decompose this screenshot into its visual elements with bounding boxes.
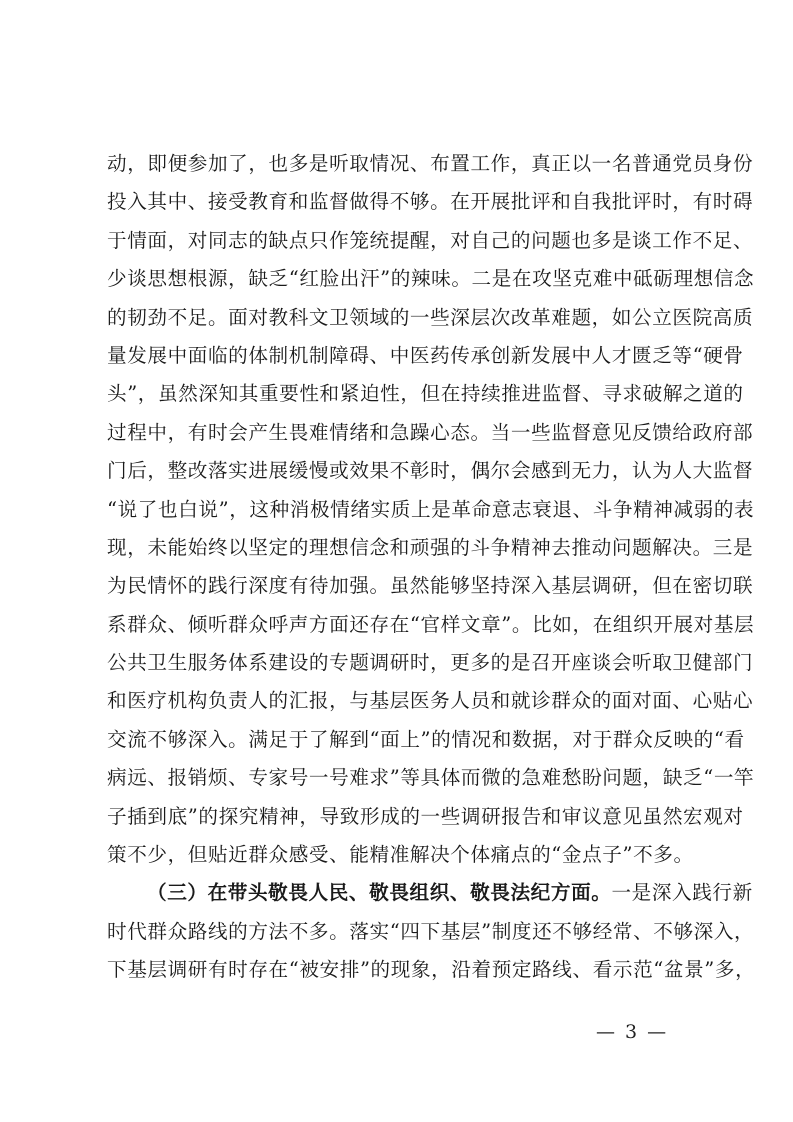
text-line: “说了也白说”，这种消极情绪实质上是革命意志衰退、斗争精神减弱的表 — [107, 491, 695, 529]
document-body: 动，即便参加了，也多是听取情况、布置工作，真正以一名普通党员身份 投入其中、接受… — [107, 145, 695, 990]
text-line: 头”，虽然深知其重要性和紧迫性，但在持续推进监督、寻求破解之道的 — [107, 375, 695, 413]
text-fragment: 一是深入践行新 — [611, 881, 752, 904]
page-number: — 3 — — [596, 1021, 668, 1043]
text-line: 公共卫生服务体系建设的专题调研时，更多的是召开座谈会听取卫健部门 — [107, 644, 695, 682]
section-heading-line: （三）在带头敬畏人民、敬畏组织、敬畏法纪方面。一是深入践行新 — [107, 874, 695, 912]
text-line: 为民情怀的践行深度有待加强。虽然能够坚持深入基层调研，但在密切联 — [107, 567, 695, 605]
text-line: 现，未能始终以坚定的理想信念和顽强的斗争精神去推动问题解决。三是 — [107, 529, 695, 567]
text-line: 动，即便参加了，也多是听取情况、布置工作，真正以一名普通党员身份 — [107, 145, 695, 183]
text-line: 系群众、倾听群众呼声方面还存在“官样文章”。比如，在组织开展对基层 — [107, 606, 695, 644]
text-line: 病远、报销烦、专家号一号难求”等具体而微的急难愁盼问题，缺乏“一竿 — [107, 759, 695, 797]
text-line: 策不少，但贴近群众感受、能精准解决个体痛点的“金点子”不多。 — [107, 836, 695, 874]
text-line: 于情面，对同志的缺点只作笼统提醒，对自己的问题也多是谈工作不足、 — [107, 222, 695, 260]
text-line: 量发展中面临的体制机制障碍、中医药传承创新发展中人才匮乏等“硬骨 — [107, 337, 695, 375]
text-line: 时代群众路线的方法不多。落实“四下基层”制度还不够经常、不够深入， — [107, 913, 695, 951]
text-line: 少谈思想根源，缺乏“红脸出汗”的辣味。二是在攻坚克难中砥砺理想信念 — [107, 260, 695, 298]
text-line: 的韧劲不足。面对教科文卫领域的一些深层次改革难题，如公立医院高质 — [107, 299, 695, 337]
text-line: 和医疗机构负责人的汇报，与基层医务人员和就诊群众的面对面、心贴心 — [107, 682, 695, 720]
text-line: 门后，整改落实进展缓慢或效果不彰时，偶尔会感到无力，认为人大监督 — [107, 452, 695, 490]
document-page: 动，即便参加了，也多是听取情况、布置工作，真正以一名普通党员身份 投入其中、接受… — [0, 0, 793, 1122]
section-heading: （三）在带头敬畏人民、敬畏组织、敬畏法纪方面。 — [147, 881, 611, 904]
text-line: 过程中，有时会产生畏难情绪和急躁心态。当一些监督意见反馈给政府部 — [107, 414, 695, 452]
text-line: 下基层调研有时存在“被安排”的现象，沿着预定路线、看示范“盆景”多， — [107, 951, 695, 989]
text-line: 交流不够深入。满足于了解到“面上”的情况和数据，对于群众反映的“看 — [107, 721, 695, 759]
text-line: 投入其中、接受教育和监督做得不够。在开展批评和自我批评时，有时碍 — [107, 183, 695, 221]
text-line: 子插到底”的探究精神，导致形成的一些调研报告和审议意见虽然宏观对 — [107, 798, 695, 836]
